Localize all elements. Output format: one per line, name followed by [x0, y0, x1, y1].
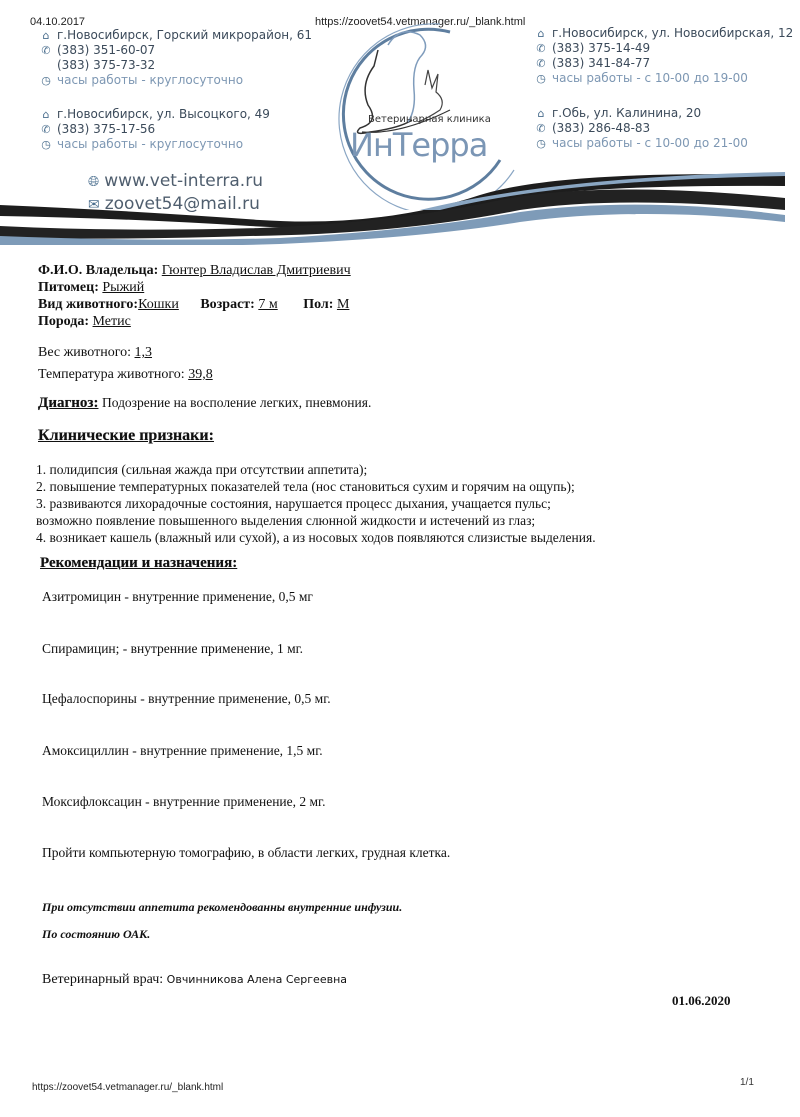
sex-label: Пол: — [303, 297, 333, 312]
species-label: Вид животного: — [38, 297, 138, 312]
vet-label: Ветеринарный врач: — [42, 972, 163, 987]
weight-label: Вес животного: — [38, 345, 131, 360]
branch-novosibirskaya: ⌂г.Новосибирск, ул. Новосибирская, 12 ✆(… — [535, 26, 793, 86]
list-item: возможно появление повышенного выделения… — [36, 512, 596, 529]
species-value: Кошки — [138, 297, 179, 312]
branch-address: г.Обь, ул. Калинина, 20 — [552, 106, 701, 121]
branch-phone: (383) 375-14-49 — [552, 41, 650, 56]
print-date: 04.10.2017 — [30, 16, 85, 28]
list-item: 3. развиваются лихорадочные состояния, н… — [36, 495, 596, 512]
diagnosis-label: Диагноз: — [38, 395, 98, 411]
prescription-item: Амоксициллин - внутренние применение, 1,… — [42, 743, 323, 759]
prescription-item: Азитромицин - внутренние применение, 0,5… — [42, 589, 313, 605]
list-item: 2. повышение температурных показателей т… — [36, 478, 596, 495]
print-url-bottom: https://zoovet54.vetmanager.ru/_blank.ht… — [32, 1082, 223, 1093]
branch-hours: часы работы - круглосуточно — [57, 73, 243, 88]
phone-icon: ✆ — [40, 122, 52, 137]
prescription-item: Цефалоспорины - внутренние применение, 0… — [42, 691, 331, 707]
vet-signature: Ветеринарный врач: Овчинникова Алена Сер… — [42, 972, 347, 988]
note-infusion: При отсутствии аппетита рекомендованны в… — [42, 900, 402, 915]
branch-phone: (383) 375-17-56 — [57, 122, 155, 137]
branch-hours: часы работы - с 10-00 до 21-00 — [552, 136, 748, 151]
branch-phone: (383) 375-73-32 — [57, 58, 155, 73]
dog-icon — [388, 32, 426, 122]
temperature-row: Температура животного: 39,8 — [38, 366, 213, 383]
prescription-item: Спирамицин; - внутренние применение, 1 м… — [42, 641, 303, 657]
recommendations-title: Рекомендации и назначения: — [40, 555, 237, 572]
home-icon: ⌂ — [40, 28, 52, 43]
logo-subtitle: Ветеринарная клиника — [368, 114, 491, 125]
clinical-signs-list: 1. полидипсия (сильная жажда при отсутст… — [36, 461, 596, 546]
home-icon: ⌂ — [40, 107, 52, 122]
prescription-item: Моксифлоксацин - внутренние применение, … — [42, 794, 325, 810]
home-icon: ⌂ — [535, 106, 547, 121]
branch-phone: (383) 286-48-83 — [552, 121, 650, 136]
home-icon: ⌂ — [535, 26, 547, 41]
note-oak: По состоянию ОАК. — [42, 927, 150, 942]
diagnosis-text: Подозрение на восполение легких, пневмон… — [102, 395, 371, 410]
owner-label: Ф.И.О. Владельца: — [38, 263, 158, 278]
pet-label: Питомец: — [38, 280, 99, 295]
branch-hours: часы работы - с 10-00 до 19-00 — [552, 71, 748, 86]
phone-icon: ✆ — [535, 121, 547, 136]
branch-phone: (383) 351-60-07 — [57, 43, 155, 58]
branch-gorsky: ⌂г.Новосибирск, Горский микрорайон, 61 ✆… — [40, 28, 312, 88]
clock-icon: ◷ — [535, 136, 547, 151]
page-number: 1/1 — [740, 1077, 754, 1088]
owner-name: Гюнтер Владислав Дмитриевич — [162, 263, 351, 278]
sex-value: М — [337, 297, 349, 312]
temperature-label: Температура животного: — [38, 367, 185, 382]
temperature-value: 39,8 — [188, 367, 213, 382]
prescription-item: Пройти компьютерную томографию, в област… — [42, 845, 450, 861]
weight-value: 1,3 — [135, 345, 153, 360]
weight-row: Вес животного: 1,3 — [38, 344, 152, 361]
list-item: 4. возникает кашель (влажный или сухой),… — [36, 529, 596, 546]
clock-icon: ◷ — [535, 71, 547, 86]
list-item: 1. полидипсия (сильная жажда при отсутст… — [36, 461, 596, 478]
age-label: Возраст: — [200, 297, 255, 312]
vet-name: Овчинникова Алена Сергеевна — [167, 973, 347, 986]
header-waves — [0, 150, 800, 245]
breed-label: Порода: — [38, 314, 89, 329]
branch-address: г.Новосибирск, Горский микрорайон, 61 — [57, 28, 312, 43]
age-value: 7 м — [258, 297, 277, 312]
clock-icon: ◷ — [40, 73, 52, 88]
patient-info: Ф.И.О. Владельца: Гюнтер Владислав Дмитр… — [38, 262, 351, 330]
branch-vysotskogo: ⌂г.Новосибирск, ул. Высоцкого, 49 ✆(383)… — [40, 107, 270, 152]
breed-value: Метис — [93, 314, 131, 329]
diagnosis-row: Диагноз: Подозрение на восполение легких… — [38, 394, 371, 412]
branch-address: г.Новосибирск, ул. Новосибирская, 12 — [552, 26, 793, 41]
pet-name: Рыжий — [102, 280, 144, 295]
phone-icon: ✆ — [535, 56, 547, 71]
branch-phone: (383) 341-84-77 — [552, 56, 650, 71]
clinical-signs-title: Клинические признаки: — [38, 427, 214, 445]
branch-address: г.Новосибирск, ул. Высоцкого, 49 — [57, 107, 270, 122]
phone-icon: ✆ — [535, 41, 547, 56]
branch-ob: ⌂г.Обь, ул. Калинина, 20 ✆(383) 286-48-8… — [535, 106, 748, 151]
document-date: 01.06.2020 — [672, 993, 731, 1009]
phone-icon: ✆ — [40, 43, 52, 58]
